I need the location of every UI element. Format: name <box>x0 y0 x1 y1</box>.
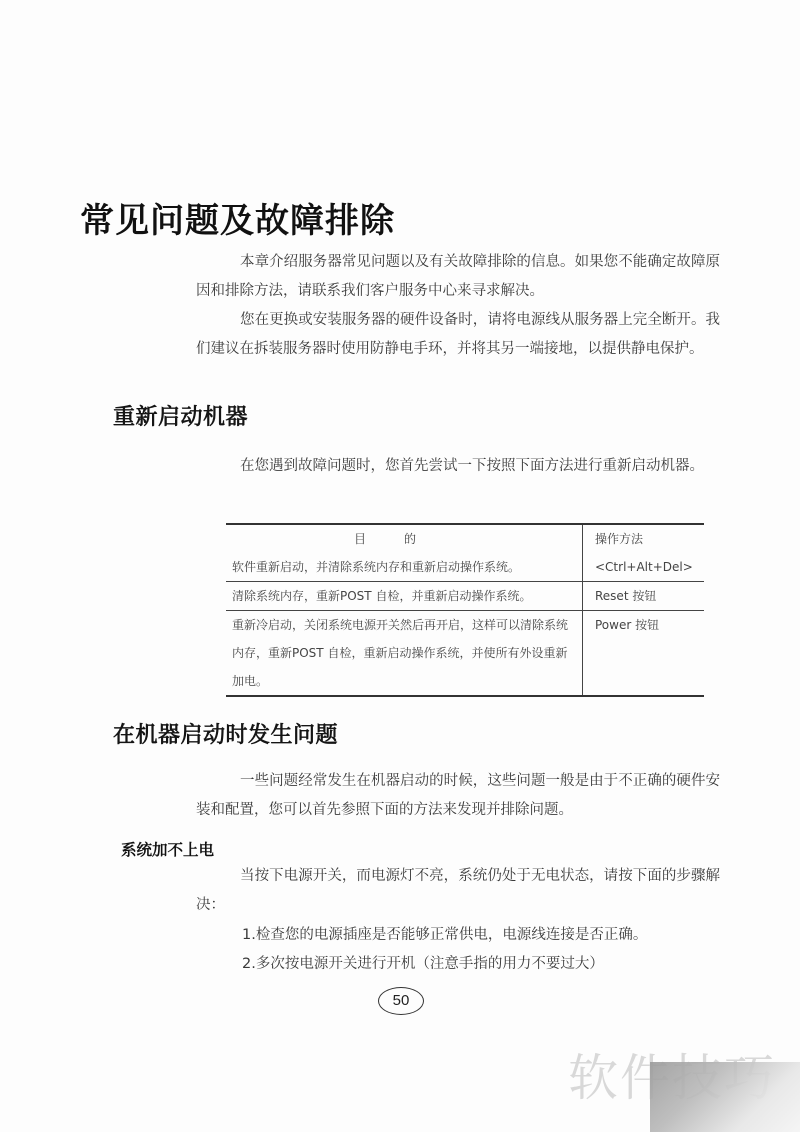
document-page: 常见问题及故障排除 本章介绍服务器常见问题以及有关故障排除的信息。如果您不能确定… <box>0 0 800 1132</box>
step-item-2: 2.多次按电源开关进行开机（注意手指的用力不要过大） <box>242 950 604 979</box>
table-header-purpose: 目的 <box>226 524 583 553</box>
intro-paragraph-2-text: 您在更换或安装服务器的硬件设备时，请将电源线从服务器上完全断开。我们建议在拆装服… <box>196 312 720 357</box>
watermark-occlusion <box>650 1062 800 1132</box>
table-cell-purpose: 软件重新启动，并清除系统内存和重新启动操作系统。 <box>226 553 583 582</box>
page-number-badge: 50 <box>378 987 424 1015</box>
table-cell-method: <Ctrl+Alt+Del> <box>583 553 705 582</box>
table-cell-method: Power 按钮 <box>583 611 705 697</box>
table-cell-purpose: 清除系统内存，重新POST 自检，并重新启动操作系统。 <box>226 582 583 611</box>
intro-paragraph-1-text: 本章介绍服务器常见问题以及有关故障排除的信息。如果您不能确定故障原因和排除方法，… <box>196 254 720 299</box>
table-row: 软件重新启动，并清除系统内存和重新启动操作系统。 <Ctrl+Alt+Del> <box>226 553 704 582</box>
restart-methods-table: 目的 操作方法 软件重新启动，并清除系统内存和重新启动操作系统。 <Ctrl+A… <box>226 523 704 697</box>
section-title-boot: 在机器启动时发生问题 <box>113 720 338 752</box>
no-power-paragraph-text: 当按下电源开关，而电源灯不亮，系统仍处于无电状态，请按下面的步骤解决： <box>196 868 720 913</box>
subsection-title-no-power: 系统加不上电 <box>121 838 214 862</box>
table-header-method: 操作方法 <box>583 524 705 553</box>
step-item-1: 1.检查您的电源插座是否能够正常供电，电源线连接是否正确。 <box>242 921 647 950</box>
table-cell-method: Reset 按钮 <box>583 582 705 611</box>
section-title-restart: 重新启动机器 <box>113 402 248 434</box>
chapter-title: 常见问题及故障排除 <box>80 198 395 244</box>
table-row: 清除系统内存，重新POST 自检，并重新启动操作系统。 Reset 按钮 <box>226 582 704 611</box>
table-row: 重新冷启动，关闭系统电源开关然后再开启，这样可以清除系统内存，重新POST 自检… <box>226 611 704 697</box>
restart-paragraph-text: 在您遇到故障问题时，您首先尝试一下按照下面方法进行重新启动机器。 <box>240 458 704 474</box>
restart-paragraph: 在您遇到故障问题时，您首先尝试一下按照下面方法进行重新启动机器。 <box>196 452 720 481</box>
no-power-paragraph: 当按下电源开关，而电源灯不亮，系统仍处于无电状态，请按下面的步骤解决： <box>196 862 720 920</box>
table-header-row: 目的 操作方法 <box>226 524 704 553</box>
boot-paragraph: 一些问题经常发生在机器启动的时候，这些问题一般是由于不正确的硬件安装和配置，您可… <box>196 767 720 825</box>
intro-paragraph-2: 您在更换或安装服务器的硬件设备时，请将电源线从服务器上完全断开。我们建议在拆装服… <box>196 306 720 364</box>
table-cell-purpose: 重新冷启动，关闭系统电源开关然后再开启，这样可以清除系统内存，重新POST 自检… <box>226 611 583 697</box>
intro-paragraph-1: 本章介绍服务器常见问题以及有关故障排除的信息。如果您不能确定故障原因和排除方法，… <box>196 248 720 306</box>
boot-paragraph-text: 一些问题经常发生在机器启动的时候，这些问题一般是由于不正确的硬件安装和配置，您可… <box>196 773 720 818</box>
